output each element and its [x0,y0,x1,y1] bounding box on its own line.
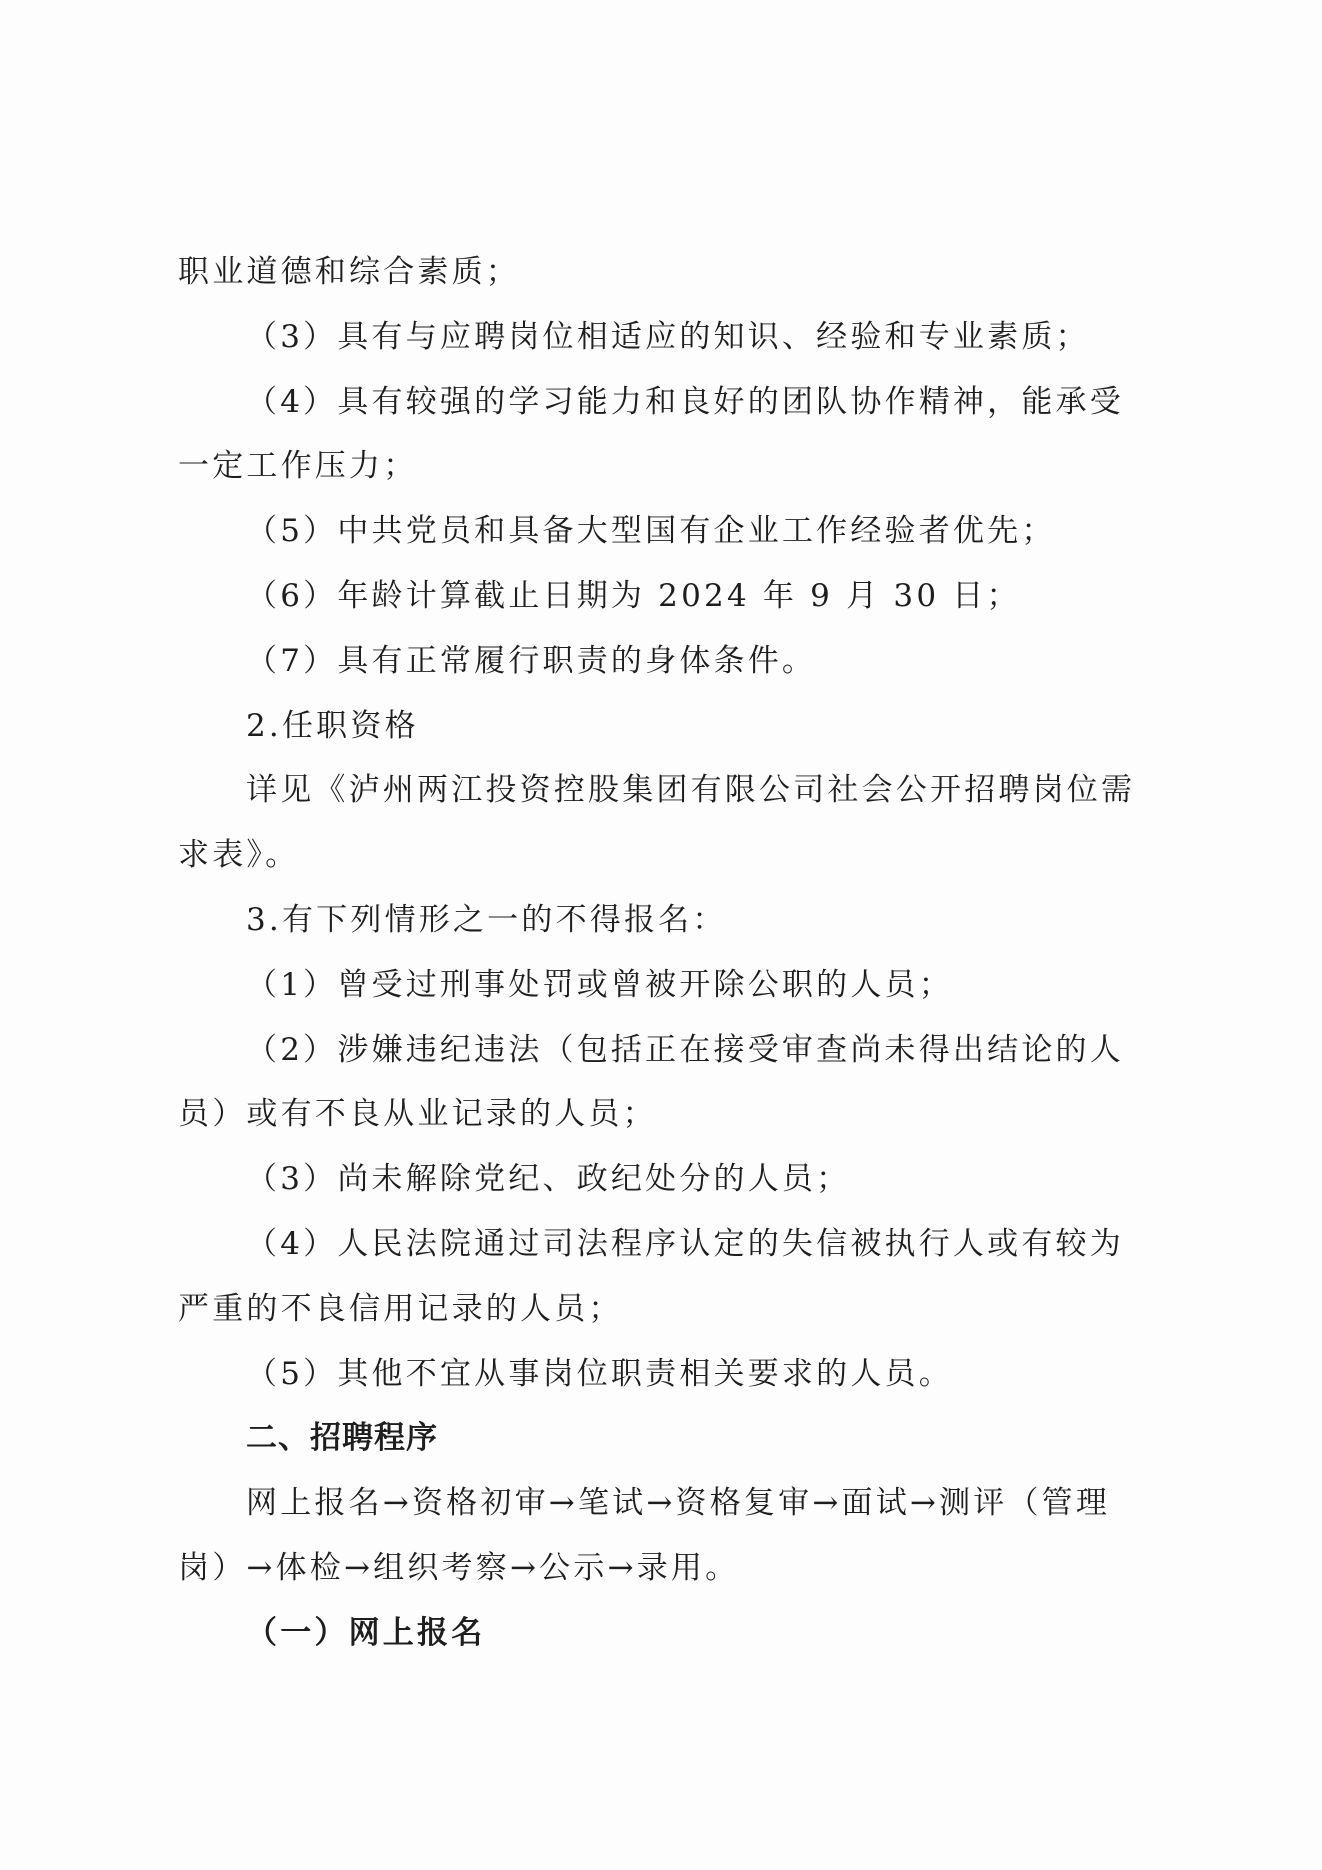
document-body: 职业道德和综合素质； （3）具有与应聘岗位相适应的知识、经验和专业素质； （4）… [178,240,1158,1666]
list-item-7: （7）具有正常履行职责的身体条件。 [178,629,1158,694]
subsection-heading-online-registration: （一）网上报名 [178,1601,1158,1666]
exclusion-item-4: （4）人民法院通过司法程序认定的失信被执行人或有较为 [178,1212,1158,1277]
section-qualifications-title: 2.任职资格 [178,694,1158,759]
list-item-4: （4）具有较强的学习能力和良好的团队协作精神，能承受 [178,370,1158,435]
text-line: 职业道德和综合素质； [178,240,1158,305]
exclusion-item-3: （3）尚未解除党纪、政纪处分的人员； [178,1147,1158,1212]
process-flow-text: 岗）→体检→组织考察→公示→录用。 [178,1536,1158,1601]
list-item-5: （5）中共党员和具备大型国有企业工作经验者优先； [178,499,1158,564]
exclusion-item-1: （1）曾受过刑事处罚或曾被开除公职的人员； [178,953,1158,1018]
text-line: 详见《泸州两江投资控股集团有限公司社会公开招聘岗位需 [178,758,1158,823]
section-exclusions-title: 3.有下列情形之一的不得报名： [178,888,1158,953]
process-flow-text: 网上报名→资格初审→笔试→资格复审→面试→测评（管理 [178,1471,1158,1536]
text-line: 严重的不良信用记录的人员； [178,1277,1158,1342]
exclusion-item-2: （2）涉嫌违纪违法（包括正在接受审查尚未得出结论的人 [178,1018,1158,1083]
exclusion-item-5: （5）其他不宜从事岗位职责相关要求的人员。 [178,1342,1158,1407]
text-line: 员）或有不良从业记录的人员； [178,1082,1158,1147]
list-item-3: （3）具有与应聘岗位相适应的知识、经验和专业素质； [178,305,1158,370]
document-page: 职业道德和综合素质； （3）具有与应聘岗位相适应的知识、经验和专业素质； （4）… [0,0,1322,1870]
text-line: 一定工作压力； [178,434,1158,499]
list-item-6: （6）年龄计算截止日期为 2024 年 9 月 30 日； [178,564,1158,629]
text-line: 求表》。 [178,823,1158,888]
section-heading-recruitment-process: 二、招聘程序 [178,1406,1158,1471]
